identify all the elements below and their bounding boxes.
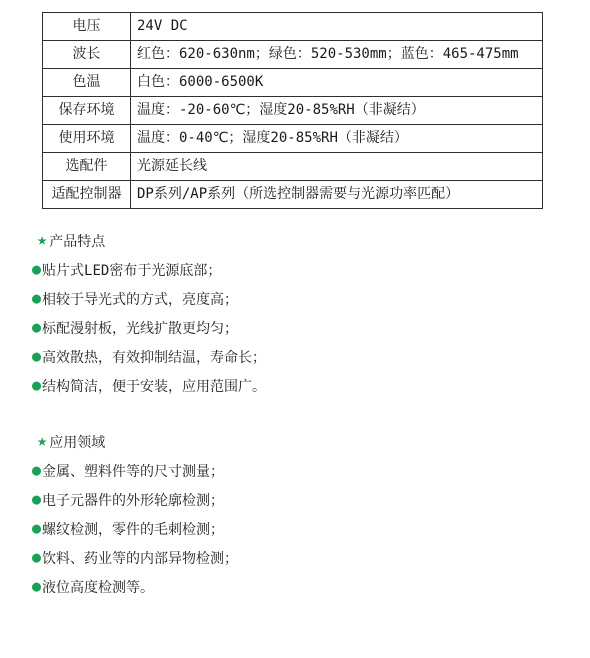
spec-label: 适配控制器 — [43, 181, 131, 209]
list-item-text: 贴片式LED密布于光源底部； — [42, 260, 221, 280]
list-item: ● 高效散热，有效抑制结温，寿命长； — [32, 342, 590, 371]
features-title: 产品特点 — [49, 231, 105, 251]
star-icon: ★ — [37, 433, 47, 450]
list-item: ● 金属、塑料件等的尺寸测量； — [32, 456, 590, 485]
list-item-text: 金属、塑料件等的尺寸测量； — [42, 461, 224, 481]
bullet-icon: ● — [32, 492, 41, 507]
applications-section: ★ 应用领域 ● 金属、塑料件等的尺寸测量； ● 电子元器件的外形轮廓检测； ●… — [32, 427, 590, 601]
list-item-text: 相较于导光式的方式，亮度高； — [42, 289, 238, 309]
bullet-icon: ● — [32, 378, 41, 393]
list-item: ● 标配漫射板，光线扩散更均匀； — [32, 313, 590, 342]
product-spec-page: 电压 24V DC 波长 红色：620-630nm；绿色：520-530mm；蓝… — [0, 12, 590, 658]
bullet-icon: ● — [32, 291, 41, 306]
list-item: ● 结构简洁，便于安装，应用范围广。 — [32, 371, 590, 400]
bullet-icon: ● — [32, 521, 41, 536]
list-item-text: 标配漫射板，光线扩散更均匀； — [42, 318, 238, 338]
list-item-text: 结构简洁，便于安装，应用范围广。 — [42, 376, 266, 396]
list-item-text: 高效散热，有效抑制结温，寿命长； — [42, 347, 266, 367]
table-row: 保存环境 温度：-20-60℃；湿度20-85%RH（非凝结） — [43, 97, 543, 125]
features-section: ★ 产品特点 ● 贴片式LED密布于光源底部； ● 相较于导光式的方式，亮度高；… — [32, 226, 590, 400]
table-row: 使用环境 温度：0-40℃；湿度20-85%RH（非凝结） — [43, 125, 543, 153]
table-row: 适配控制器 DP系列/AP系列（所选控制器需要与光源功率匹配） — [43, 181, 543, 209]
features-header: ★ 产品特点 — [32, 226, 590, 255]
applications-header: ★ 应用领域 — [32, 427, 590, 456]
list-item: ● 电子元器件的外形轮廓检测； — [32, 485, 590, 514]
bullet-icon: ● — [32, 463, 41, 478]
spec-label: 波长 — [43, 41, 131, 69]
spec-value: 光源延长线 — [131, 153, 543, 181]
bullet-icon: ● — [32, 579, 41, 594]
spec-value: 温度：-20-60℃；湿度20-85%RH（非凝结） — [131, 97, 543, 125]
bullet-icon: ● — [32, 550, 41, 565]
list-item: ● 螺纹检测，零件的毛刺检测； — [32, 514, 590, 543]
spec-table: 电压 24V DC 波长 红色：620-630nm；绿色：520-530mm；蓝… — [42, 12, 543, 209]
list-item: ● 液位高度检测等。 — [32, 572, 590, 601]
list-item: ● 相较于导光式的方式，亮度高； — [32, 284, 590, 313]
table-row: 色温 白色：6000-6500K — [43, 69, 543, 97]
table-row: 电压 24V DC — [43, 13, 543, 41]
spec-value: DP系列/AP系列（所选控制器需要与光源功率匹配） — [131, 181, 543, 209]
table-row: 波长 红色：620-630nm；绿色：520-530mm；蓝色：465-475m… — [43, 41, 543, 69]
spec-value: 24V DC — [131, 13, 543, 41]
spec-label: 保存环境 — [43, 97, 131, 125]
star-icon: ★ — [37, 232, 47, 249]
bullet-icon: ● — [32, 320, 41, 335]
spec-label: 使用环境 — [43, 125, 131, 153]
list-item-text: 螺纹检测，零件的毛刺检测； — [42, 519, 224, 539]
spec-value: 白色：6000-6500K — [131, 69, 543, 97]
list-item: ● 贴片式LED密布于光源底部； — [32, 255, 590, 284]
bullet-icon: ● — [32, 262, 41, 277]
bullet-icon: ● — [32, 349, 41, 364]
applications-title: 应用领域 — [49, 432, 105, 452]
list-item-text: 电子元器件的外形轮廓检测； — [42, 490, 224, 510]
spec-label: 选配件 — [43, 153, 131, 181]
table-row: 选配件 光源延长线 — [43, 153, 543, 181]
list-item-text: 液位高度检测等。 — [42, 577, 154, 597]
spec-label: 电压 — [43, 13, 131, 41]
list-item-text: 饮料、药业等的内部异物检测； — [42, 548, 238, 568]
spec-label: 色温 — [43, 69, 131, 97]
list-item: ● 饮料、药业等的内部异物检测； — [32, 543, 590, 572]
spec-value: 红色：620-630nm；绿色：520-530mm；蓝色：465-475mm — [131, 41, 543, 69]
spec-value: 温度：0-40℃；湿度20-85%RH（非凝结） — [131, 125, 543, 153]
